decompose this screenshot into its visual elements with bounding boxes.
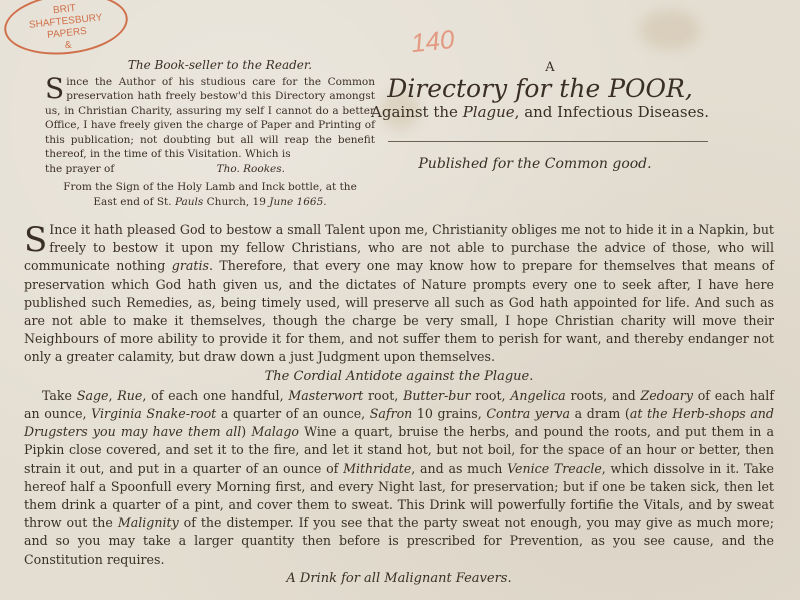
bookseller-title: The Book-seller to the Reader. [65, 58, 375, 73]
signature-name: Tho. Rookes. [217, 162, 285, 177]
cordial-recipe: Take Sage, Rue, of each one handful, Mas… [24, 387, 774, 569]
document-title: Directory for the POOR, [370, 75, 710, 103]
cordial-antidote-heading: The Cordial Antidote against the Plague. [24, 368, 774, 386]
intro-paragraph: SInce it hath pleased God to bestow a sm… [24, 221, 774, 367]
bookseller-body: Since the Author of his studious care fo… [45, 75, 375, 162]
signature-prefix: the prayer of [45, 162, 114, 177]
printer-address: From the Sign of the Holy Lamb and Inck … [45, 180, 375, 209]
signature-row: the prayer of Tho. Rookes. [45, 162, 375, 177]
pencil-folio-number: 140 [409, 24, 455, 59]
address-line: From the Sign of the Holy Lamb and Inck … [45, 180, 375, 195]
bookseller-text: ince the Author of his studious care for… [45, 76, 375, 161]
drop-cap: S [45, 77, 64, 101]
document-subtitle: Against the Plague, and Infectious Disea… [370, 103, 710, 121]
drop-cap: S [24, 225, 47, 255]
title-article: A [390, 60, 710, 75]
bookseller-note: The Book-seller to the Reader. Since the… [45, 58, 375, 209]
title-divider [388, 141, 708, 142]
title-block: A Directory for the POOR, Against the Pl… [390, 58, 710, 172]
address-line: East end of St. Pauls Church, 19 June 16… [45, 195, 375, 210]
malignant-feavers-heading: A Drink for all Malignant Feavers. [24, 570, 774, 588]
main-text: SInce it hath pleased God to bestow a sm… [24, 221, 774, 589]
published-note: Published for the Common good. [360, 156, 710, 172]
paper-stain [640, 10, 700, 50]
